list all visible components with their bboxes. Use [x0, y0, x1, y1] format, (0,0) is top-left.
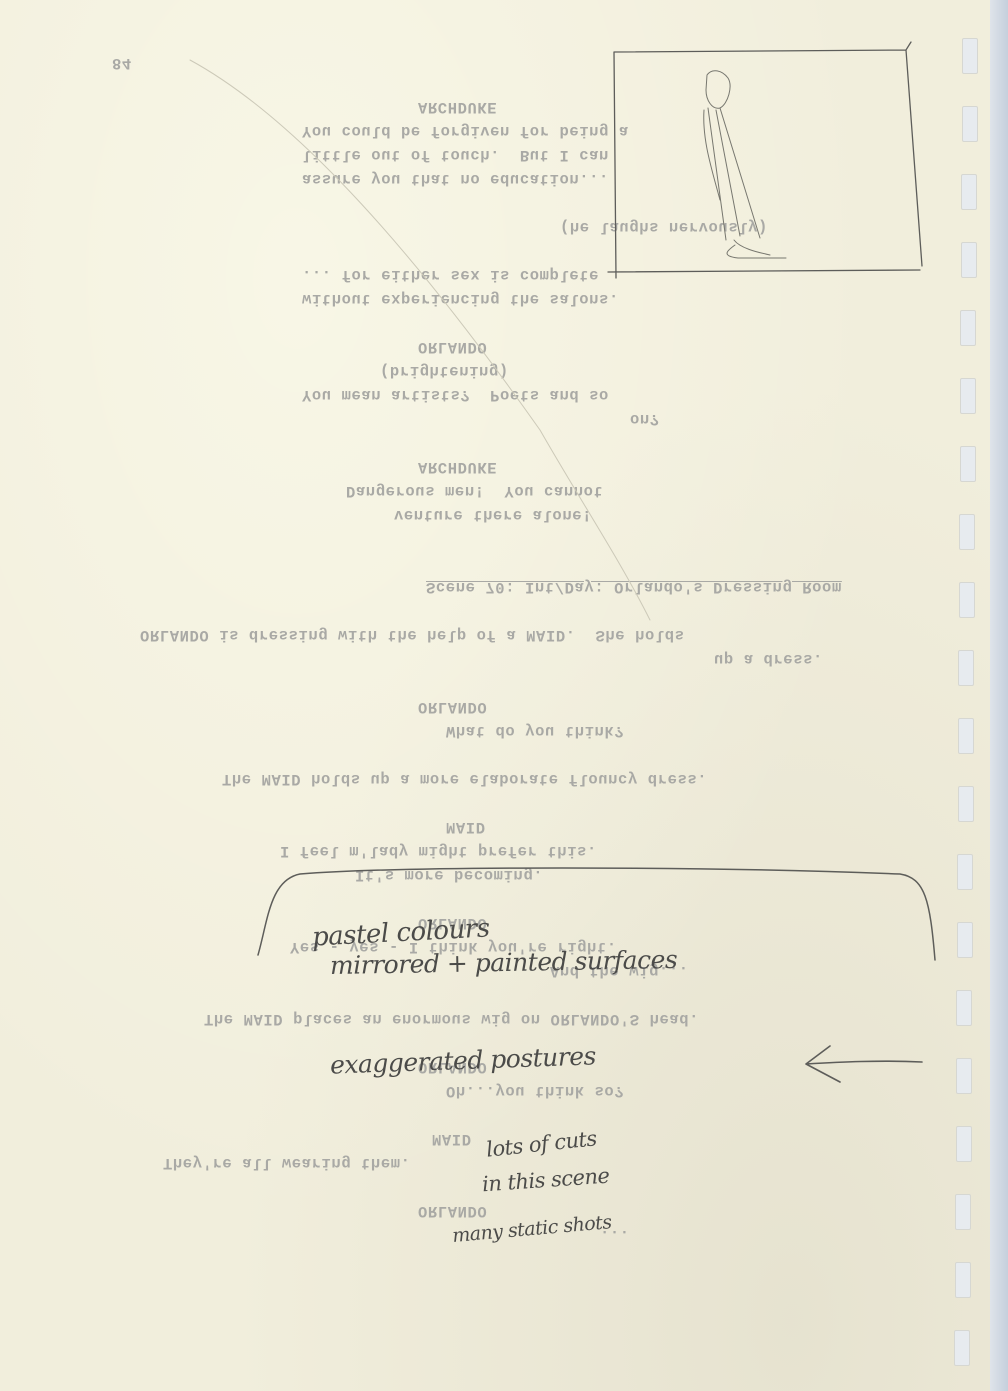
action-line: The MAID holds up a more elaborate floun…: [222, 770, 707, 788]
binding-hole: [962, 38, 978, 74]
action-line: The MAID places an enormous wig on ORLAN…: [204, 1010, 699, 1028]
binding-hole: [961, 174, 977, 210]
binding-hole: [960, 310, 976, 346]
character-name: ARCHDUKE: [418, 98, 497, 116]
handwritten-note: mirrored + painted surfaces: [330, 945, 678, 980]
action-line: ORLANDO is dressing with the help of a M…: [140, 626, 685, 644]
dialogue-line: You could be forgiven for being a: [302, 122, 629, 140]
binding-hole: [961, 242, 977, 278]
page-number: 84: [112, 54, 132, 72]
binding-hole: [956, 1126, 972, 1162]
dialogue-line: They're all wearing them.: [163, 1154, 411, 1172]
binding-hole: [958, 650, 974, 686]
dialogue-line: venture there alone!: [394, 506, 592, 524]
character-name: ORLANDO: [418, 338, 487, 356]
binding-hole: [956, 990, 972, 1026]
parenthetical: (he laughs nervously): [560, 218, 768, 236]
dialogue-line: without experiencing the salons.: [302, 290, 619, 308]
binding-hole: [954, 1330, 970, 1366]
dialogue-line: You mean artists? Poets and so: [302, 386, 609, 404]
binding-hole: [959, 514, 975, 550]
binding-hole: [960, 378, 976, 414]
character-name: ORLANDO: [418, 698, 487, 716]
dialogue-line: It's more becoming.: [355, 866, 543, 884]
dialogue-line: assure you that no education...: [302, 170, 609, 188]
dialogue-line: Oh...you think so?: [446, 1082, 624, 1100]
binding-hole: [957, 854, 973, 890]
dialogue-line: ... for either sex is complete: [302, 266, 599, 284]
character-name: MAID: [432, 1130, 472, 1148]
scene-heading: Scene 70: Int/Day: Orlando's Dressing Ro…: [426, 578, 842, 596]
dialogue-line: I feel m'lady might prefer this.: [280, 842, 597, 860]
binding-hole: [960, 446, 976, 482]
dialogue-line: What do you think?: [446, 722, 624, 740]
binding-hole: [958, 718, 974, 754]
dialogue-line: Dangerous men! You cannot: [346, 482, 603, 500]
binding-hole: [955, 1262, 971, 1298]
binding-hole: [962, 106, 978, 142]
character-name: ARCHDUKE: [418, 458, 497, 476]
background-edge: [990, 0, 1008, 1391]
binding-hole: [959, 582, 975, 618]
character-name: MAID: [446, 818, 486, 836]
binding-hole: [957, 922, 973, 958]
dialogue-line: on?: [630, 410, 660, 428]
binding-hole: [955, 1194, 971, 1230]
character-name: ORLANDO: [418, 1202, 487, 1220]
binding-hole: [958, 786, 974, 822]
dialogue-line: little out of touch. But I can: [302, 146, 609, 164]
action-line: up a dress.: [714, 650, 823, 668]
binding-hole: [956, 1058, 972, 1094]
parenthetical: (brightening): [380, 362, 509, 380]
